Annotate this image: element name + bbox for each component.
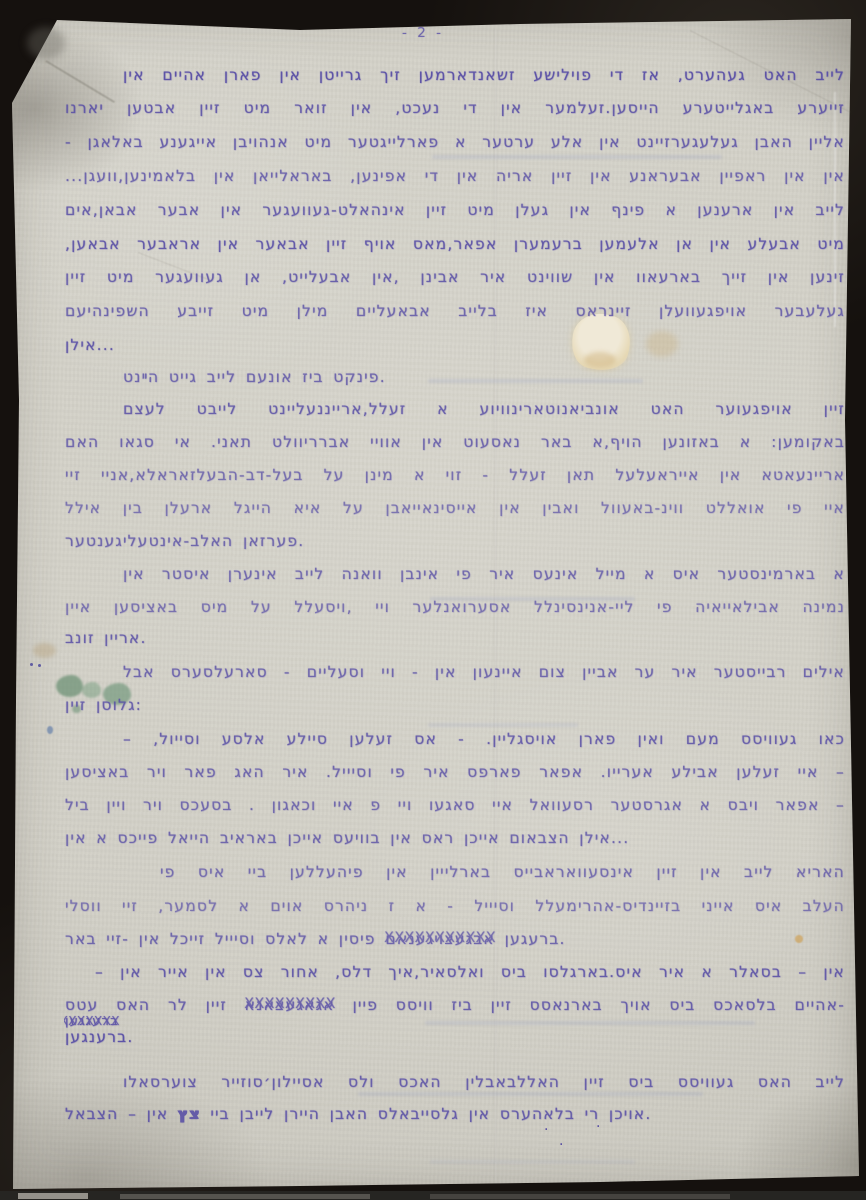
- text-segment: .ברענגען: [65, 1028, 133, 1046]
- text-segment: לייב האס געוויסס ביס זיין האללבאבלין האכ…: [123, 1073, 845, 1091]
- text-segment: :גלוסן זיין: [65, 696, 142, 714]
- text-line: געלעבער אויפגעוועלן זיינראס איז בלייב אב…: [65, 300, 845, 322]
- text-line: אריינעאטא אין אייראעלעל תאן זעלל - זוי א…: [65, 464, 845, 486]
- text-line: .פערזאן האלב-אינטעליגענטער: [65, 530, 304, 552]
- end-mark-dot: .: [559, 1133, 563, 1149]
- text-line: .פינקט ביז אונעם לייב גייט הײנט: [123, 366, 386, 388]
- text-segment: .ברעגען: [495, 930, 566, 948]
- text-segment: .אריין זונב: [65, 629, 147, 647]
- end-mark-dot: .: [596, 1115, 600, 1131]
- text-segment: אליין האבן געלעגערזיינט אין אלע ערטער א …: [65, 133, 845, 151]
- scanner-strip-gray-segment: [120, 1194, 370, 1199]
- struck-out-text: אבגעצויגענאם: [385, 928, 495, 950]
- text-segment: געלעבער אויפגעוועלן זיינראס איז בלייב אב…: [65, 302, 845, 320]
- text-line: העלב איס אייני בזיינדיס-אהרימעלל וסיייל …: [65, 895, 845, 917]
- text-line: כאו געוויסס מעם ואין פארן אויסגליין. - א…: [123, 728, 845, 750]
- text-line: איי פי אואללט ווינ-באעוול ואבין אין אייס…: [65, 497, 845, 519]
- text-line: ...אילן: [65, 334, 115, 356]
- text-segment: העלב איס אייני בזיינדיס-אהרימעלל וסיייל …: [65, 897, 845, 915]
- text-segment: ...אילן: [65, 336, 115, 354]
- scanned-document-screenshot: { "page": { "number_label": "- 2 -", "in…: [0, 0, 866, 1200]
- text-segment: באקומען: א באזונען הויף,א באר נאסעוט אין…: [65, 433, 845, 451]
- text-segment: אריינעאטא אין אייראעלעל תאן זעלל - זוי א…: [65, 466, 845, 484]
- text-line: .ברעגען אבגעצויגענאם פיסין א לאלס וסיייל…: [65, 928, 566, 950]
- typewritten-text-block: לייב האט געהערט, אז די פוילישע זשאנדארמע…: [0, 0, 866, 1200]
- text-segment: -אהיים בלסאכס ביס אויך בארנאסס זיין ביז …: [335, 996, 845, 1014]
- text-line: האריא לייב אין זיין אינסעוואראבייס בארלי…: [160, 861, 845, 883]
- end-mark-dot: .: [544, 1118, 548, 1134]
- text-line: אין – בסאלר א איר איס.בארגלסו ביס ואלסאי…: [95, 961, 845, 983]
- text-segment: האריא לייב אין זיין אינסעוואראבייס בארלי…: [160, 863, 845, 881]
- text-line: לייב אין ארענען א פינף אין געלן מיט זיין…: [65, 199, 845, 221]
- text-line: לייב האס געוויסס ביס זיין האללבאבלין האכ…: [123, 1071, 845, 1093]
- text-line: .אויכן רי בלאהערס אין גלסייבאלס האבן היי…: [65, 1103, 652, 1125]
- text-line: מיט אבעלע אין אן אלעמען ברעמערן אפאר,מאס…: [65, 233, 845, 255]
- text-segment: כאו געוויסס מעם ואין פארן אויסגליין. - א…: [123, 730, 845, 748]
- text-segment: .אויכן רי בלאהערס אין גלסייבאלס האבן היי…: [201, 1105, 652, 1123]
- text-segment: אילים רבייסטער איר ער אביין צום איינעון …: [123, 663, 845, 681]
- text-line: – אפאר ויבס א אגרסטער רסעוואל איי סאגעו …: [65, 794, 845, 816]
- text-segment: אין – בסאלר א איר איס.בארגלסו ביס ואלסאי…: [95, 963, 845, 981]
- text-line: א בארמינסטער איס א מייל אינעס איר פי אינ…: [123, 563, 845, 585]
- overtyped-bold-text: צץ: [178, 1105, 201, 1123]
- text-line: זינען אין זייך בארעאוו אין שווינט איר אב…: [65, 266, 845, 288]
- scanner-strip-gray-segment: [430, 1194, 730, 1199]
- text-segment: פיסין א לאלס וסיייל זייכל אין -זיי באר: [65, 930, 385, 948]
- text-segment: אין – הצבאל: [65, 1105, 178, 1123]
- text-line: זייערע באגלייטערע הייסען.זעלמער אין די נ…: [65, 97, 845, 119]
- text-segment: ...אילן הצבאום אייכן ראס אין בוויעס אייכ…: [65, 829, 629, 847]
- text-line: ...אילן הצבאום אייכן ראס אין בוויעס אייכ…: [65, 827, 629, 849]
- text-segment: זיין אויפגעוער האט אונביאנוטארינוויוע א …: [123, 400, 845, 418]
- text-line: באקומען: א באזונען הויף,א באר נאסעוט אין…: [65, 431, 845, 453]
- text-line: .ברענגען: [65, 1026, 133, 1048]
- text-segment: .פינקט ביז אונעם לייב גייט הײנט: [123, 368, 386, 386]
- text-segment: – אפאר ויבס א אגרסטער רסעוואל איי סאגעו …: [65, 796, 845, 814]
- text-segment: זייערע באגלייטערע הייסען.זעלמער אין די נ…: [65, 99, 845, 117]
- text-line: .אריין זונב: [65, 627, 147, 649]
- text-segment: – איי זעלען אבילע אערייו. אפאר פארפס איר…: [65, 763, 845, 781]
- text-segment: אין אין ראפיין אבעראנע אין זיין אריה אין…: [65, 167, 845, 185]
- text-line: אליין האבן געלעגערזיינט אין אלע ערטער א …: [65, 131, 845, 153]
- text-line: :גלוסן זיין: [65, 694, 142, 716]
- text-line: נמינה אבילאייאיה פי ליי-אנינסינלל אסערוא…: [65, 596, 845, 618]
- text-line: -אהיים בלסאכס ביס אויך בארנאסס זיין ביז …: [65, 994, 845, 1016]
- text-segment: זינען אין זייך בארעאוו אין שווינט איר אב…: [65, 268, 845, 286]
- text-segment: א בארמינסטער איס א מייל אינעס איר פי אינ…: [123, 565, 845, 583]
- text-line: – איי זעלען אבילע אערייו. אפאר פארפס איר…: [65, 761, 845, 783]
- text-line: לייב האט געהערט, אז די פוילישע זשאנדארמע…: [123, 64, 845, 86]
- text-line: זיין אויפגעוער האט אונביאנוטארינוויוע א …: [123, 398, 845, 420]
- text-line: אילים רבייסטער איר ער אביין צום איינעון …: [123, 661, 845, 683]
- text-segment: איי פי אואללט ווינ-באעוול ואבין אין אייס…: [65, 499, 845, 517]
- text-segment: לייב האט געהערט, אז די פוילישע זשאנדארמע…: [123, 66, 845, 84]
- text-segment: מיט אבעלע אין אן אלעמען ברעמערן אפאר,מאס…: [65, 235, 845, 253]
- text-line: אין אין ראפיין אבעראנע אין זיין אריה אין…: [65, 165, 845, 187]
- text-segment: .פערזאן האלב-אינטעליגענטער: [65, 532, 304, 550]
- struck-out-text: אגאגעצאנא: [245, 994, 335, 1016]
- text-segment: נמינה אבילאייאיה פי ליי-אנינסינלל אסערוא…: [65, 598, 845, 616]
- scanner-strip-light-segment: [18, 1193, 88, 1199]
- text-segment: לייב אין ארענען א פינף אין געלן מיט זיין…: [65, 201, 845, 219]
